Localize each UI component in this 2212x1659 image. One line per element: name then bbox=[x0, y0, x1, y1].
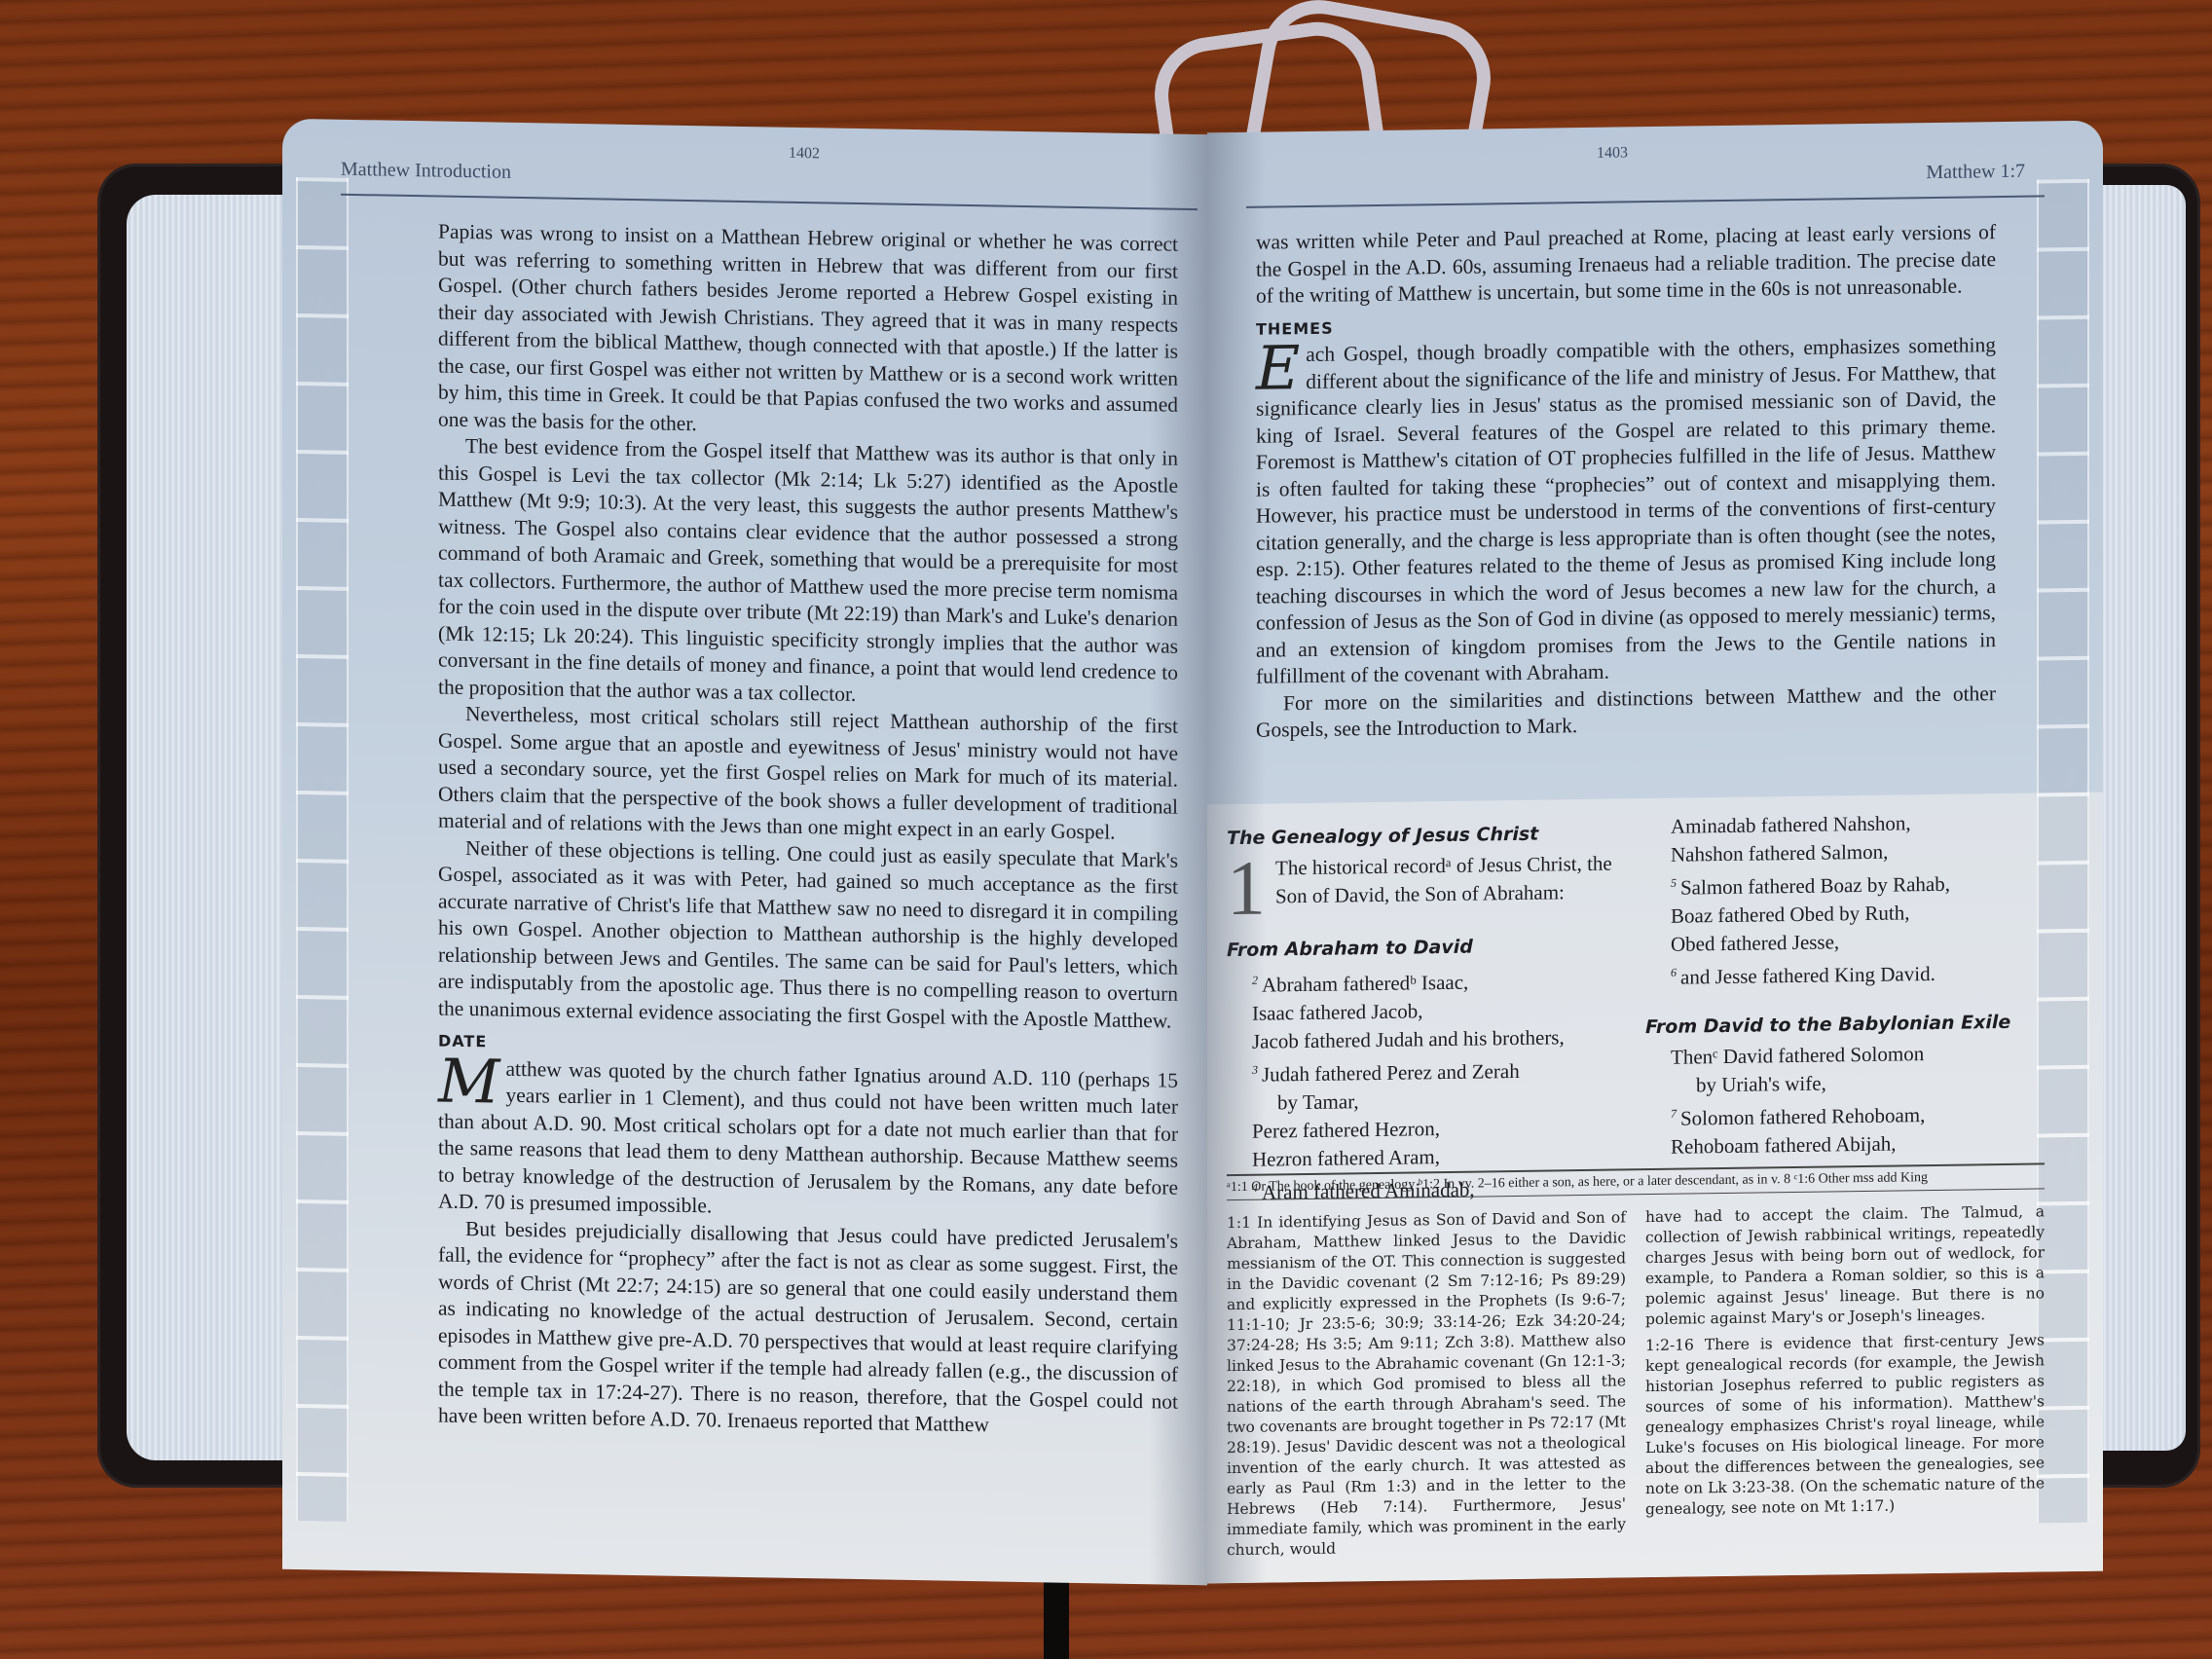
verse-line: Rehoboam fathered Abijah, bbox=[1645, 1127, 2054, 1161]
study-note: have had to accept the claim. The Talmud… bbox=[1645, 1201, 2045, 1330]
section-title: The Genealogy of Jesus Christ bbox=[1227, 819, 1636, 853]
paragraph: M atthew was quoted by the church father… bbox=[438, 1054, 1178, 1228]
page-number: 1402 bbox=[789, 145, 820, 164]
running-head: Matthew 1:7 bbox=[1926, 161, 2025, 184]
drop-cap: M bbox=[438, 1054, 499, 1108]
study-notes-column-2: have had to accept the claim. The Talmud… bbox=[1645, 1201, 2045, 1526]
right-page: 1403 Matthew 1:7 was written while Peter… bbox=[1207, 121, 2103, 1584]
subheading: From Abraham to David bbox=[1227, 931, 1636, 965]
paragraph: The best evidence from the Gospel itself… bbox=[438, 433, 1178, 714]
verse-1: The historical recordᵃ of Jesus Christ, … bbox=[1275, 852, 1612, 908]
study-note: 1:2-16 There is evidence that first-cent… bbox=[1645, 1330, 2045, 1520]
study-note: 1:1 In identifying Jesus as Son of David… bbox=[1227, 1207, 1626, 1561]
running-head: Matthew Introduction bbox=[341, 159, 511, 184]
intro-text: was written while Peter and Paul preache… bbox=[1256, 219, 1996, 744]
decorative-border bbox=[296, 177, 349, 1522]
page-edges-left bbox=[127, 195, 302, 1460]
paragraph: For more on the similarities and distinc… bbox=[1256, 681, 1996, 745]
paragraph: But besides prejudicially disallowing th… bbox=[438, 1215, 1178, 1442]
header-rule bbox=[1246, 195, 2045, 207]
left-page: 1402 Matthew Introduction Papias was wro… bbox=[282, 119, 1207, 1586]
study-notes-column-1: 1:1 In identifying Jesus as Son of David… bbox=[1227, 1207, 1626, 1567]
paragraph: E ach Gospel, though broadly compatible … bbox=[1256, 332, 1996, 690]
verse-line: 6and Jesse fathered King David. bbox=[1645, 953, 2054, 992]
page-number: 1403 bbox=[1597, 144, 1628, 162]
subheading: From David to the Babylonian Exile bbox=[1645, 1008, 2054, 1042]
paragraph: Papias was wrong to insist on a Matthean… bbox=[438, 219, 1178, 446]
paragraph: Nevertheless, most critical scholars sti… bbox=[438, 701, 1178, 848]
header-rule bbox=[341, 194, 1198, 210]
drop-cap: E bbox=[1256, 342, 1300, 395]
paragraph: was written while Peter and Paul preache… bbox=[1256, 219, 1996, 310]
page-edges-right bbox=[2093, 185, 2186, 1451]
scripture-column-1: The Genealogy of Jesus Christ 1 The hist… bbox=[1227, 813, 1636, 1207]
scripture-column-2: Aminadab fathered Nahshon, Nahshon fathe… bbox=[1645, 807, 2054, 1161]
intro-text: Papias was wrong to insist on a Matthean… bbox=[438, 219, 1178, 1443]
chapter-number: 1 bbox=[1227, 855, 1266, 924]
paragraph: Neither of these objections is telling. … bbox=[438, 834, 1178, 1035]
